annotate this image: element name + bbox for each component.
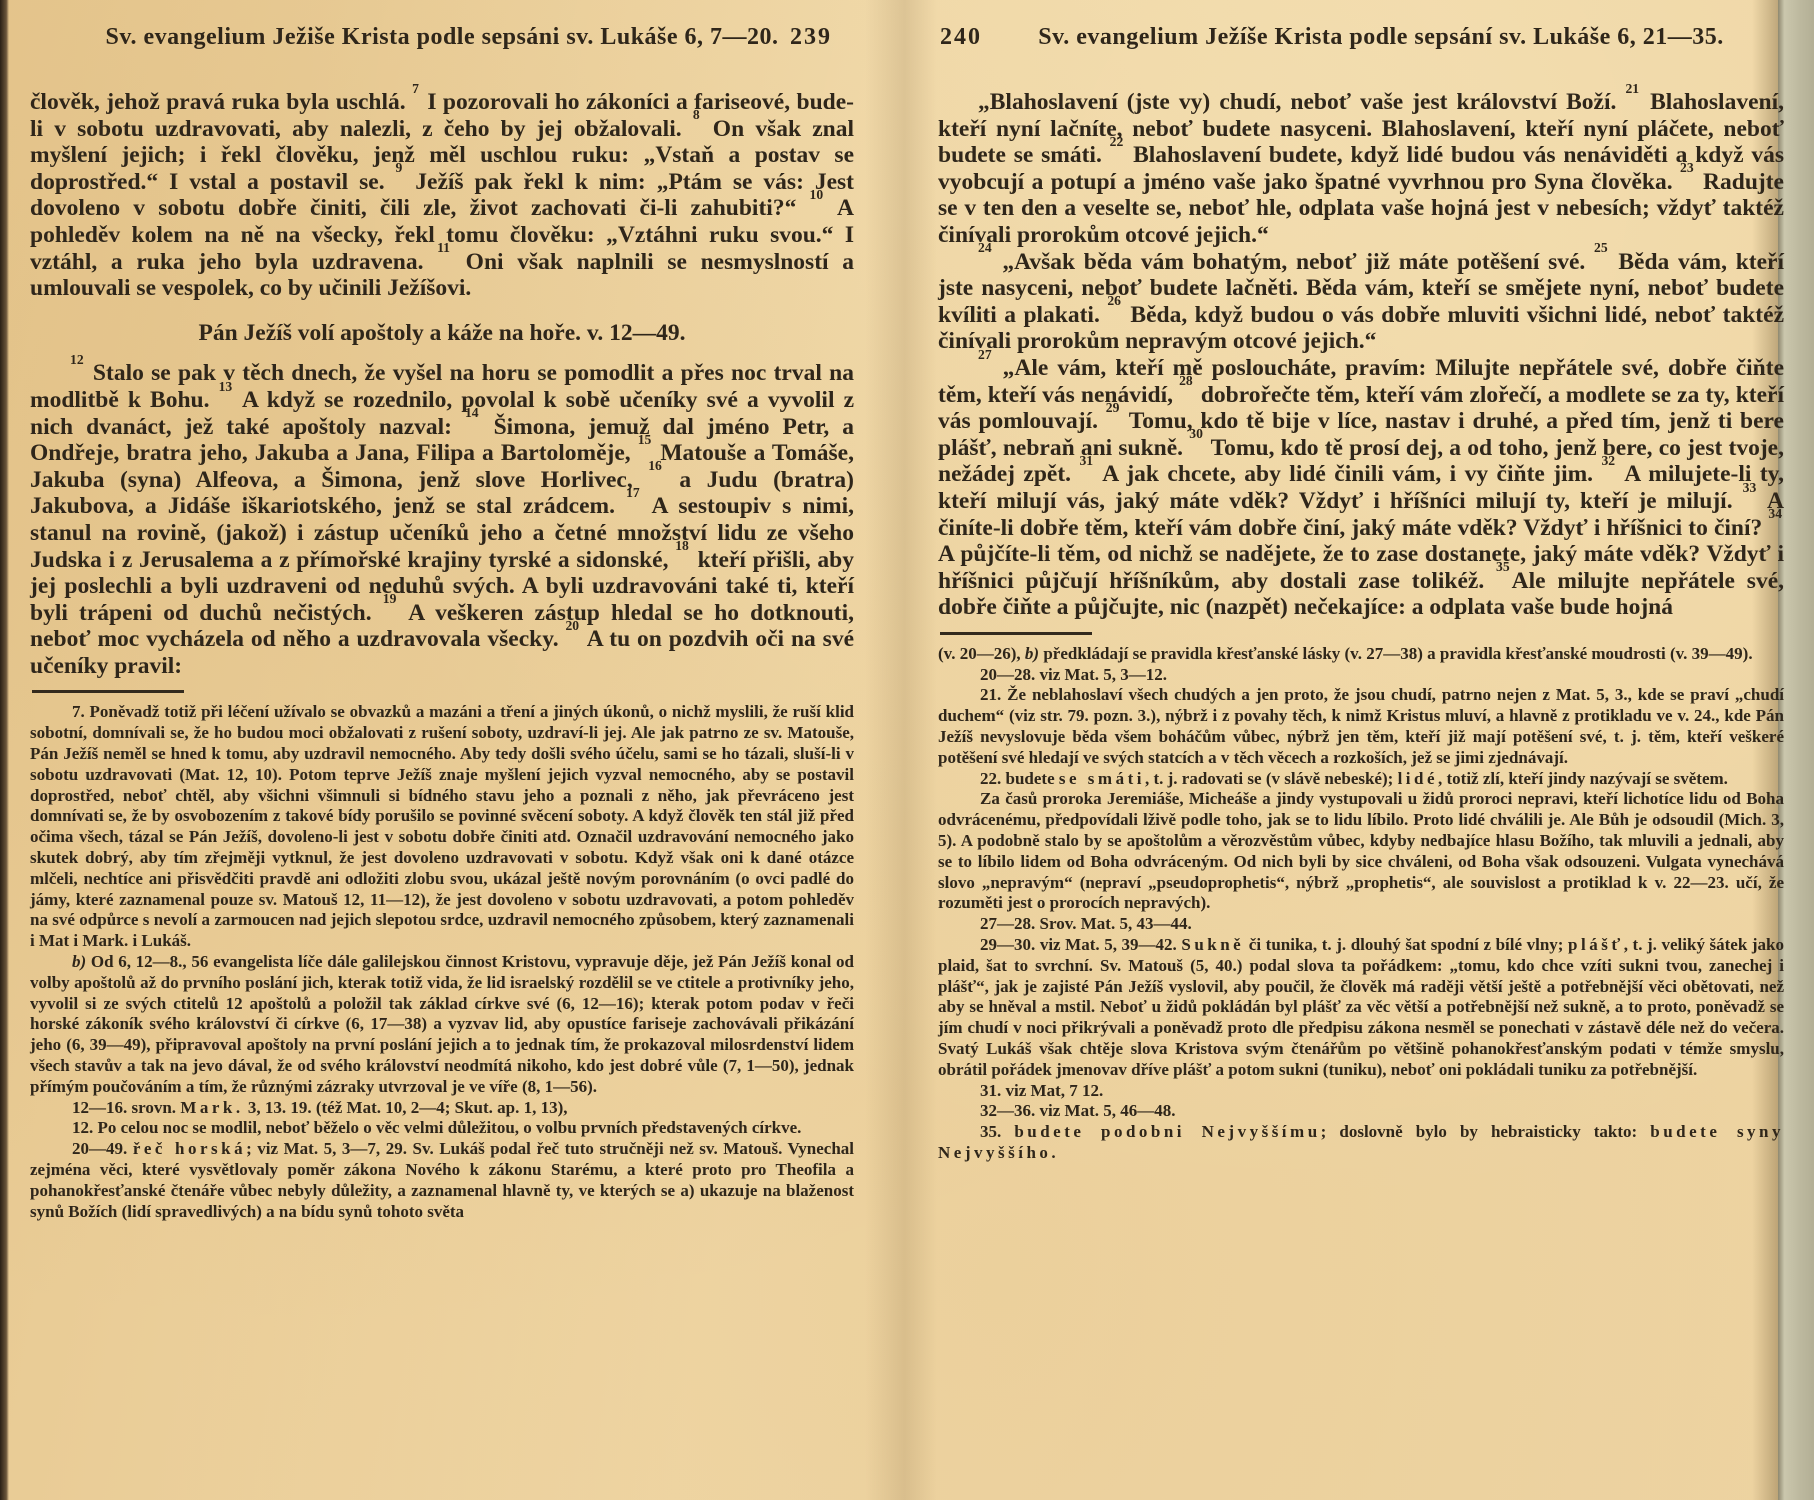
footnote: 20—28. viz Mat. 5, 3—12.	[938, 665, 1784, 686]
gutter-shadow	[865, 0, 937, 1500]
footnote: 7. Poněvadž totiž při léčení užívalo se …	[30, 702, 854, 952]
footnote: 20—49. řeč horská; viz Mat. 5, 3—7, 29. …	[30, 1139, 854, 1222]
footnote: 27—28. Srov. Mat. 5, 43—44.	[938, 914, 1784, 935]
section-heading: Pán Ježíš volí apoštoly a káže na hoře. …	[30, 320, 854, 347]
verse-paragraph: člověk, jehož pravá ruka byla uschlá. 7 …	[30, 89, 854, 302]
right-page: 240 Sv. evangelium Ježíše Krista podle s…	[938, 0, 1784, 1164]
running-header-title: Sv. evangelium Ježíše Krista podle sepsá…	[998, 24, 1724, 51]
page-number: 239	[790, 24, 832, 51]
footnote: 21. Že neblahoslaví všech chudých a jen …	[938, 685, 1784, 768]
footnote: 31. viz Mat, 7 12.	[938, 1081, 1784, 1102]
footnote: b) Od 6, 12—8., 56 evangelista líče dále…	[30, 952, 854, 1098]
footnote: 12. Po celou noc se modlil, neboť běželo…	[30, 1118, 854, 1139]
footnote: (v. 20—26), b) předkládají se pravidla k…	[938, 644, 1784, 665]
footnote: 29—30. viz Mat. 5, 39—42. Sukně či tunik…	[938, 935, 1784, 1081]
left-page: Sv. evangelium Ježiše Krista podle sepsá…	[30, 0, 854, 1222]
footnote: 12—16. srovn. Mark. 3, 13. 19. (též Mat.…	[30, 1098, 854, 1119]
page-number: 240	[940, 24, 982, 51]
book-left-edge-shadow	[0, 0, 9, 1500]
footnote: 22. budete se smáti, t. j. radovati se (…	[938, 769, 1784, 790]
footnote: 35. budete podobni Nejvyššímu; doslovně …	[938, 1122, 1784, 1164]
footnote: Za časů proroka Jeremiáše, Micheáše a ji…	[938, 789, 1784, 914]
footnote: 32—36. viz Mat. 5, 46—48.	[938, 1101, 1784, 1122]
footnotes-block: 7. Poněvadž totiž při léčení užívalo se …	[30, 702, 854, 1222]
verse-paragraph: 24 „Avšak běda vám bohatým, neboť již má…	[938, 249, 1784, 355]
footnote-separator-rule	[32, 690, 184, 693]
footnotes-block: (v. 20—26), b) předkládají se pravidla k…	[938, 644, 1784, 1164]
verse-paragraph: „Blahoslavení (jste vy) chudí, neboť vaš…	[938, 89, 1784, 249]
book-scan: { "colors": { "paper": "#eed5a4", "ink":…	[0, 0, 1814, 1500]
running-header-left: Sv. evangelium Ježiše Krista podle sepsá…	[30, 0, 854, 51]
verse-paragraph: 12 Stalo se pak v těch dnech, že vyšel n…	[30, 360, 854, 679]
running-header-title: Sv. evangelium Ježiše Krista podle sepsá…	[105, 24, 778, 50]
scripture-text: „Blahoslavení (jste vy) chudí, neboť vaš…	[938, 89, 1784, 621]
running-header-right: 240 Sv. evangelium Ježíše Krista podle s…	[938, 0, 1784, 51]
footnote-separator-rule	[940, 632, 1092, 635]
scripture-text: člověk, jehož pravá ruka byla uschlá. 7 …	[30, 89, 854, 679]
verse-paragraph: 27 „Ale vám, kteří mě posloucháte, praví…	[938, 355, 1784, 621]
